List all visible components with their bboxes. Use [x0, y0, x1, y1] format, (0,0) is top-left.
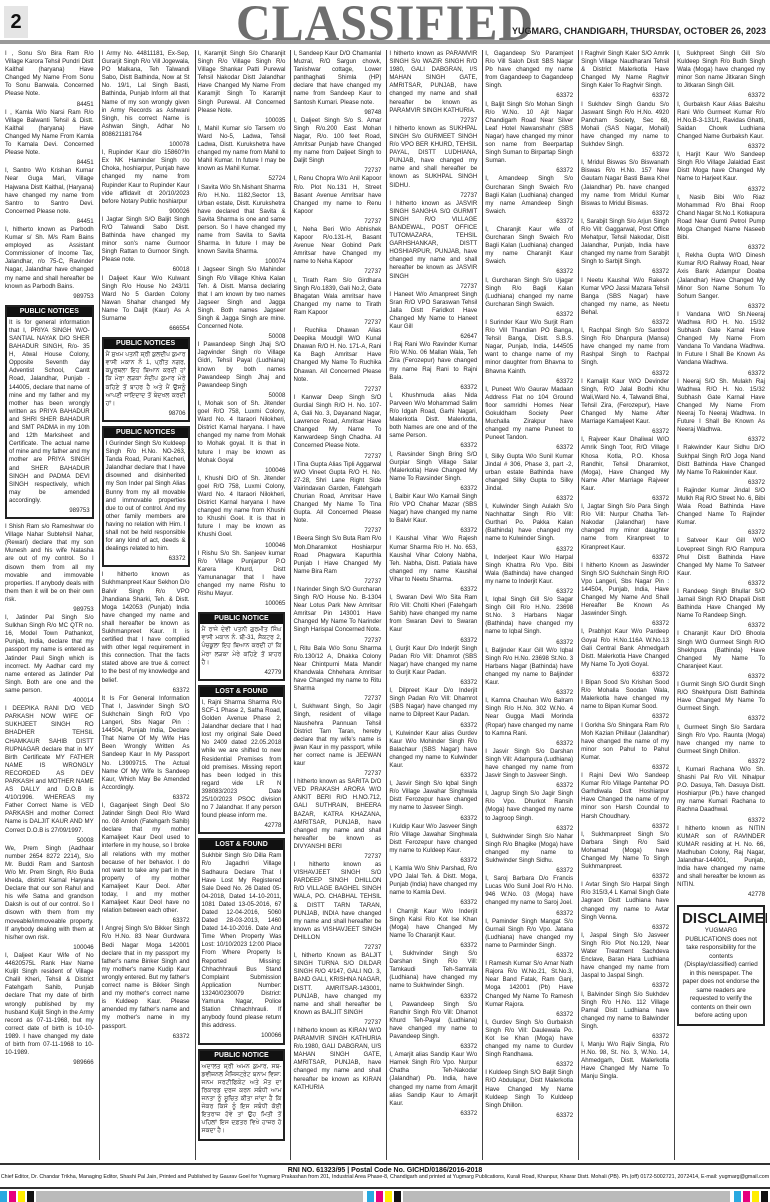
notice-code: 60018	[102, 266, 190, 274]
boxed-notice: LOST & FOUNDI, Rajni Sharma Sharma R/o S…	[198, 685, 286, 835]
notice-code: 63372	[677, 715, 765, 723]
notice-text: I Bipan Sood S/o Krishan Sood R/o Mohall…	[581, 679, 669, 711]
notice-code: 100046	[198, 542, 286, 550]
notice-text: I, Ritu Bala W/o Sonu Sharma R/o.130/12 …	[293, 645, 381, 694]
notice-text: I, Jagrup Singh S/o Jagir Singh R/o Vpo.…	[485, 790, 573, 822]
column-3: I, Karamjit Singh S/o Charanjit Singh R/…	[195, 50, 288, 1160]
notice-code: 100046	[5, 944, 94, 952]
notice-code: 72737	[389, 283, 477, 291]
notice-code: 63372	[677, 92, 765, 100]
color-swatch	[761, 1191, 768, 1202]
column-6: I, Gagandeep S/o Paramjeet R/o Vill Salo…	[482, 50, 575, 1160]
notice-code: 100066	[202, 1032, 282, 1040]
grey-strip	[403, 1191, 730, 1202]
notice-text: I hitherto known as Sukhmanpreet Kaur Se…	[102, 571, 190, 684]
notice-text: We, Prem Singh (Aadhaar number 2654 8272…	[5, 845, 94, 942]
notice-code: 52724	[198, 175, 286, 183]
masthead: 2 CLASSIFIED YUGMARG, CHANDIGARH, THURSD…	[0, 0, 770, 44]
notice-code: 72737	[293, 453, 381, 461]
notice-code: 63372	[581, 924, 669, 932]
notice-code: 63372	[485, 639, 573, 647]
color-swatch	[752, 1191, 759, 1202]
notice-code: 989753	[9, 507, 90, 515]
notice-code: 63372	[389, 772, 477, 780]
notice-code: 900026	[102, 208, 190, 216]
notice-text: I, Sukhpreet Singh Gill S/o Kuldeep Sing…	[677, 50, 765, 90]
notice-code: 63372	[389, 384, 477, 392]
color-swatch	[743, 1191, 750, 1202]
notice-code: 63372	[581, 495, 669, 503]
box-heading: PUBLIC NOTICES	[104, 428, 188, 438]
notice-text: I Army No. 44811181, Ex-Sep, Gurarjit Si…	[102, 50, 190, 139]
notice-text: I, Balbir Kaur W/o Karnail Singh R/o VPO…	[389, 493, 477, 525]
column-5: I hitherto known as PARAMVIR SINGH S/o W…	[386, 50, 479, 1160]
notice-code: 100065	[198, 600, 286, 608]
notice-text: I Charanjit Kaur D/O Bhoola Singh W/O Gu…	[677, 630, 765, 670]
notice-code: 72737	[293, 527, 381, 535]
notice-text: I, Amarjit alias Sandip Kaur W/o Hamek S…	[389, 1051, 477, 1108]
notice-code: 63372	[581, 823, 669, 831]
notice-code: 63372	[677, 186, 765, 194]
notice-code: 63372	[581, 982, 669, 990]
notice-text: I, Jagtar Singh S/o Para Singh R/o Vill:…	[581, 503, 669, 552]
notice-text: I hitherto known as SUKHPAL SINGH S/o GU…	[389, 125, 477, 190]
notice-code: 100046	[198, 467, 286, 475]
notice-text: I, Rekha Gupta W/O Dinesh Kumar R/O Rail…	[677, 252, 765, 301]
notice-code: 63372	[485, 546, 573, 554]
notice-code: 72737	[389, 192, 477, 200]
notice-code: 72737	[293, 853, 381, 861]
notice-text: I Savita W/o Sh.Nishant Sharma R/o H.No.…	[198, 184, 286, 257]
notice-code: 84451	[5, 101, 94, 109]
notice-code: 63372	[677, 143, 765, 151]
notice-code: 63372	[102, 687, 190, 695]
boxed-notice: PUBLIC NOTICEਅਦਾਲਤ ਸ਼੍ਰੀ ਅਮਨ ਕੁਮਾਰ, ਸਬ-ਡ…	[198, 1049, 286, 1142]
notice-text: I Randeep Singh Bhullar S/O Jarnail Sing…	[677, 588, 765, 620]
notice-text: I Jagseer Singh S/o Mahinder Singh R/o V…	[198, 266, 286, 331]
notice-text: I, Gagandeep S/o Paramjeet R/o Vill Salo…	[485, 50, 573, 90]
notice-text: I, Paminder Singh Mangat S/o Gurnail Sin…	[485, 918, 573, 950]
notice-code: 62647	[389, 333, 477, 341]
notice-text: I, Sukhvinder Singh S/o Darshan Singh R/…	[389, 950, 477, 990]
notice-code: 63372	[485, 782, 573, 790]
notice-text: ਅਦਾਲਤ ਸ਼੍ਰੀ ਅਮਨ ਕੁਮਾਰ, ਸਬ-ਡਵੀਜ਼ਨਲ ਮੈਜਿਸਟ…	[202, 1063, 282, 1136]
notice-code: 989753	[5, 606, 94, 614]
notice-code: 63372	[485, 92, 573, 100]
notice-code: 72737	[389, 117, 477, 125]
notice-text: I Surinder Kaur W/o Surjit Ram R/o Vill …	[485, 319, 573, 376]
notice-code: 84451	[5, 159, 94, 167]
notice-text: I Daljeet Kaur W/o Kulwant Singh R/o Hou…	[102, 275, 190, 324]
column-8: I, Sukhpreet Singh Gill S/o Kuldeep Sing…	[674, 50, 767, 1160]
notice-code: 63372	[106, 555, 186, 563]
box-heading: LOST & FOUND	[200, 840, 284, 850]
notice-text: I, Gurjit Kaur D/o Inderjit Singh Padan …	[389, 645, 477, 677]
classified-columns: I , Sonu S/o Bira Ram R/o Village Karora…	[3, 50, 767, 1160]
notice-code: 63372	[677, 622, 765, 630]
notice-code: 72737	[293, 770, 381, 778]
notice-code: 989666	[5, 1059, 94, 1067]
color-swatch	[27, 1191, 34, 1202]
notice-code: 63372	[581, 554, 669, 562]
notice-text: I, Gurdev Singh S/o Gurbaksh Singh R/o V…	[485, 1019, 573, 1059]
notice-text: I, hitherto known as Parbodh Kumar s/ Sh…	[5, 226, 94, 291]
notice-text: I, Puneet W/o Gaurav Madaan Address Flat…	[485, 386, 573, 443]
notice-text: I, Prabhjot Kaur W/o Pardeep Goyal R/o H…	[581, 628, 669, 668]
notice-code: 63372	[581, 713, 669, 721]
box-heading: LOST & FOUND	[200, 687, 284, 697]
notice-text: I, Kulwinder Singh Aulakh S/o Nachhattar…	[485, 503, 573, 543]
notice-code: 63372	[581, 319, 669, 327]
notice-code: 63372	[389, 442, 477, 450]
notice-text: I hitherto known as JASVIR SINGH SANGHA …	[389, 200, 477, 281]
notice-code: 63372	[102, 1033, 190, 1041]
notice-text: I Shish Ram s/o Rameshwar r/o Village Na…	[5, 523, 94, 604]
notice-text: I Kaushal Vihar W/o Rajesh Kumar Sharma …	[389, 535, 477, 584]
notice-text: I, Sarabjit Singh S/o Arjun Singh R/o Vi…	[581, 218, 669, 267]
notice-text: I, Rajveer Kaur Dhaliwal W/O Amrik Singh…	[581, 436, 669, 493]
notice-text: I, Baljinder Kaur Gill W/o Iqbal Singh R…	[485, 647, 573, 687]
notice-code: 72737	[293, 637, 381, 645]
notice-code: 63372	[581, 764, 669, 772]
notice-text: I Narinder Singh S/O Gurcharan Singh R/O…	[293, 586, 381, 635]
notice-code: 63372	[485, 1061, 573, 1069]
notice-text: I hitherto known as VISHAVJEET SINGH S/O…	[293, 861, 381, 942]
box-heading: PUBLIC NOTICE	[200, 1051, 284, 1061]
print-registration-bar	[0, 1191, 770, 1202]
notice-code: 63372	[485, 952, 573, 960]
notice-text: I, Sukhwant Singh, So Jagir Singh, resid…	[293, 703, 381, 768]
notice-text: I, Jaspal Singh S/o Jasveer Singh R/o Pl…	[581, 932, 669, 981]
notice-code: 63372	[102, 917, 190, 925]
notice-code: 63372	[389, 857, 477, 865]
notice-text: I hitherto Known as Jaswinder Singh S/O …	[581, 562, 669, 619]
notice-code: 72737	[293, 218, 381, 226]
notice-code: 63372	[677, 529, 765, 537]
notice-code: 989753	[5, 293, 94, 301]
notice-text: I, Mahil Kumar s/o Tarsem r/o Ward No-5,…	[198, 125, 286, 174]
notice-code: 63372	[485, 588, 573, 596]
notice-code: 63372	[102, 794, 190, 802]
notice-text: I hitherto known as PARAMVIR SINGH S/o W…	[389, 50, 477, 115]
notice-text: I, Jatinder Pal Singh S/o Sulkhan Singh …	[5, 614, 94, 695]
notice-text: I Ramesh Kumar S/o Amar Nath Rajora R/o …	[485, 960, 573, 1009]
notice-code: 63372	[677, 673, 765, 681]
color-swatch	[0, 1191, 7, 1202]
disclaimer-text: YUGMARG PUBLICATIONS does not take respo…	[682, 927, 760, 1021]
notice-code: 63372	[485, 495, 573, 503]
notice-text: I Tina Gupta Alias Tipli Aggarwal W/O Vi…	[293, 461, 381, 526]
notice-text: I, Kamla W/o Shiv Parshad, R/o VPO Jalal…	[389, 865, 477, 897]
column-7: I Raghvir Singh Kaler S/O Amrik Singh Vi…	[578, 50, 671, 1160]
notice-text: I Angrej Singh S/o Bikker Singh R/o H.No…	[102, 925, 190, 1030]
notice-code: 50008	[5, 837, 94, 845]
notice-code: 63372	[389, 815, 477, 823]
notice-text: I, Tirath Ram S/o Girdhara Singh R/o.183…	[293, 277, 381, 317]
notice-text: I Rajni Devi W/o Sandeep Kumar R/o Villa…	[581, 772, 669, 821]
notice-code: 63372	[389, 722, 477, 730]
notice-text: I hitherto known as KIRAN W/O PARAMVIR S…	[293, 1027, 381, 1092]
column-1: I , Sonu S/o Bira Ram R/o Village Karora…	[3, 50, 96, 1160]
notice-text: I Kanwar Deep Singh S/O Gurdial Singh R/…	[293, 394, 381, 451]
color-swatch	[394, 1191, 401, 1202]
notice-code: 63372	[389, 586, 477, 594]
boxed-notice: PUBLIC NOTICEਮੈਂ ਰਾਜੇ ਦੇਵੀ ਪਤਨੀ ਗੁਰਮੀਤ ਸ…	[198, 612, 286, 681]
notice-text: I, Karamjit Singh S/o Charanjit Singh R/…	[198, 50, 286, 115]
notice-text: I, Iqbal Singh Gill S/o Sagar Singh Gill…	[485, 596, 573, 636]
notice-text: I, Gaganjeet Singh Deol S/o Jatinder Sin…	[102, 802, 190, 915]
boxed-notice: PUBLIC NOTICESਮੈਂ ਸੁਖਮ ਪਤਨੀ ਸ਼੍ਰੀ ਕੁਲਦੀਪ…	[102, 337, 190, 422]
notice-code: 50008	[198, 333, 286, 341]
notice-code: 72737	[293, 695, 381, 703]
notice-code: 63372	[677, 244, 765, 252]
notice-text: I, Sukhwinder Singh S/o Nahar Singh R/o …	[485, 833, 573, 865]
notice-text: I, Rajni Sharma Sharma R/o SCF-1 Phase 2…	[202, 699, 282, 820]
notice-text: I, Sukhmanpreet Singh S/o Darbara Singh …	[581, 831, 669, 871]
notice-text: I Kuldeep Singh S/O Baljit Singh R/O Abd…	[485, 1069, 573, 1109]
notice-code: 63372	[485, 689, 573, 697]
notice-text: I hitherto known as NITIN KUMAR son of R…	[677, 825, 765, 890]
notice-code: 63372	[389, 993, 477, 1001]
notice-code: 100074	[198, 258, 286, 266]
notice-code: 63372	[485, 1112, 573, 1120]
notice-text: I Kamaljit Kaur W/O Devinder Singh, R/O …	[581, 378, 669, 427]
notice-code: 63372	[389, 942, 477, 950]
notice-text: I DEEPIKA RANI D/O VED PARKASH NOW WIFE …	[5, 705, 94, 835]
notice-text: I Charnjit Kaur W/o Inderjit Singh Kalsi…	[389, 908, 477, 940]
notice-text: I, Khushi D/O of Sh. Jitender goel R/O 7…	[198, 475, 286, 540]
notice-code: 63372	[581, 873, 669, 881]
notice-text: I, Amandeep Singh S/o Gurcharan Singh Sw…	[485, 175, 573, 215]
notice-text: I, Jasvir Singh S/o Iqbal Singh R/o Vill…	[389, 780, 477, 812]
column-4: I, Sandeep Kaur D/O Chamanlal Muzral, R/…	[290, 50, 383, 1160]
rni-line: RNI NO. 61323/95 | Postal Code No. GICHD…	[0, 1167, 770, 1174]
notice-text: I, Nasib Bibi W/o Riaz Mohammad R/o Bhai…	[677, 194, 765, 243]
notice-code: 72737	[293, 319, 381, 327]
masthead-rule	[0, 40, 770, 44]
notice-text: I, Rachpal Singh S/o Sardool Singh R/o D…	[581, 327, 669, 367]
notice-code: 63372	[677, 479, 765, 487]
disclaimer-box: DISCLAIMERYUGMARG PUBLICATIONS does not …	[677, 905, 765, 1026]
notice-code: 98748	[293, 109, 381, 117]
notice-text: I Kuldip Kaur W/o Jasveer Singh R/o Vill…	[389, 823, 477, 855]
notice-text: I, Harjit Kaur W/o Sandeep Singh R/o Vil…	[677, 151, 765, 183]
notice-code: 63372	[581, 210, 669, 218]
notice-code: 63372	[389, 485, 477, 493]
color-swatch	[385, 1191, 392, 1202]
notice-code: 63372	[389, 899, 477, 907]
notice-text: I, Daljeet Singh S/o S. Amar Singh R/o.2…	[293, 117, 381, 166]
notice-text: I, Pawandeep Singh S/o Randhir Singh R/o…	[389, 1001, 477, 1041]
notice-code: 63372	[581, 671, 669, 679]
notice-code: 63372	[485, 167, 573, 175]
notice-text: I, Kumari Rachana W/o Sh. Shashi Pal R/o…	[677, 766, 765, 815]
notice-text: I Gorkha S/o Shingara Ram R/o Moh Kazian…	[581, 722, 669, 762]
notice-text: I Raghvir Singh Kaler S/O Amrik Singh Vi…	[581, 50, 669, 90]
notice-text: I Neeraj S/O Sh. Mulakh Raj Wadhwa R/O H…	[677, 378, 765, 435]
color-swatch	[9, 1191, 16, 1202]
notice-text: I Pawandeep Singh Jhaj S/O Jagwinder Sin…	[198, 341, 286, 390]
notice-code: 63372	[677, 758, 765, 766]
notice-code: 63372	[389, 1043, 477, 1051]
notice-code: 63372	[389, 527, 477, 535]
notice-text: I, Ravsinder Singh Bring S/O Gurpiar Sin…	[389, 451, 477, 483]
notice-text: Sukhbir Singh S/o Dilla Ram R/o Jagadhri…	[202, 852, 282, 1030]
notice-text: It is for general information that I, PR…	[9, 319, 90, 505]
notice-code: 72737	[293, 1019, 381, 1027]
notice-text: I, Manju W/o Rajiv Singla, R/o H.No. 98,…	[581, 1041, 669, 1081]
credits-line: Chief Editor, Dr. Chandar Trikha, Managi…	[0, 1174, 770, 1180]
notice-code: 63372	[485, 444, 573, 452]
notice-code: 63372	[677, 370, 765, 378]
notice-code: 42778	[202, 822, 282, 830]
box-heading: PUBLIC NOTICES	[104, 339, 188, 349]
notice-text: I, Kulwinder Kaur alias Gurdev Kaur W/o …	[389, 730, 477, 770]
notice-code: 63372	[677, 436, 765, 444]
notice-text: I, Khushmuda alias Nida Parveen W/o Moha…	[389, 392, 477, 441]
notice-code: 63372	[677, 303, 765, 311]
notice-code: 63372	[389, 637, 477, 645]
notice-text: I Gurmit Singh S/O Gurdit Singh R/O Shek…	[677, 681, 765, 713]
notice-text: I Avtar Singh S/o Harpal Singh R/o 315/3…	[581, 881, 669, 921]
notice-text: I Rishu S/o Sh. Sanjeev kumar R/o Villag…	[198, 550, 286, 599]
notice-text: I , Sonu S/o Bira Ram R/o Village Karora…	[5, 50, 94, 99]
notice-text: I, Gurcharan Singh S/o Ujagar Singh R/o …	[485, 277, 573, 309]
notice-text: I Ruchika Dhawan Alias Deepika Moudgil W…	[293, 327, 381, 384]
notice-code: 63372	[485, 825, 573, 833]
notice-code: 72737	[293, 167, 381, 175]
notice-text: I, Sandeep Kaur D/O Chamanlal Muzral, R/…	[293, 50, 381, 107]
notice-code: 63372	[581, 428, 669, 436]
notice-text: I, Gurmeet Singh S/o Sardara Singh R/o V…	[677, 724, 765, 756]
notice-text: I Jasvir Singh S/o Darshan Singh Vill: A…	[485, 748, 573, 780]
notice-code: 63372	[485, 1011, 573, 1019]
notice-text: I, Dilpreet Kaur D/o Inderjit Singh Pada…	[389, 687, 477, 719]
notice-code: 72737	[293, 386, 381, 394]
notice-code: 63372	[677, 580, 765, 588]
notice-code: 63372	[677, 817, 765, 825]
notice-text: I, hitherto Known as BALJIT SINGH TURNA …	[293, 952, 381, 1017]
notice-code: 666554	[102, 325, 190, 333]
notice-code: 72737	[293, 268, 381, 276]
notice-text: ਮੈਂ ਰਾਜੇ ਦੇਵੀ ਪਤਨੀ ਗੁਰਮੀਤ ਸਿੰਘ ਵਾਸੀ ਮਕਾਨ…	[202, 626, 282, 666]
notice-code: 63372	[581, 151, 669, 159]
box-heading: PUBLIC NOTICE	[200, 614, 284, 624]
notice-text: I Neetu Kaushal W/o Rakesh Kumar VPO Jas…	[581, 277, 669, 317]
notice-code: 63372	[581, 620, 669, 628]
notice-text: I Jagtar Singh S/O Baljit Singh R/O Talw…	[102, 216, 190, 265]
notice-text: I, Swaran Devi W/o Sita Ram R/o Vill: Ch…	[389, 594, 477, 634]
notice-text: I, Saroj Barbara D/o Francis Lucas W/o S…	[485, 875, 573, 907]
boxed-notice: LOST & FOUNDSukhbir Singh S/o Dilla Ram …	[198, 838, 286, 1044]
notice-text: I, Daljeet Kaur Wife of No 44620575L Ran…	[5, 952, 94, 1057]
color-swatch	[734, 1191, 741, 1202]
notice-text: I Vandana W/O Sh.Neeraj Wadhwa R/O H. No…	[677, 311, 765, 368]
box-heading: PUBLIC NOTICES	[7, 307, 92, 317]
notice-text: I Haneet W/o Amanpreet Singh Sran R/O VP…	[389, 291, 477, 331]
notice-code: 63372	[581, 92, 669, 100]
notice-code: 63372	[485, 268, 573, 276]
notice-code: 42778	[677, 891, 765, 899]
color-swatch	[367, 1191, 374, 1202]
notice-text: I, Baljit Singh S/o Mohan Singh R/o W.No…	[485, 101, 573, 166]
notice-text: I Raj Rani W/o Ravinder Kumar R/o W.No. …	[389, 341, 477, 381]
boxed-notice: PUBLIC NOTICESI Gurinder Singh S/o Kulde…	[102, 426, 190, 567]
notice-text: I hitherto known as SARITA D/O VED PRAKA…	[293, 778, 381, 851]
notice-code: 63372	[485, 311, 573, 319]
notice-code: 72737	[293, 944, 381, 952]
footer: RNI NO. 61323/95 | Postal Code No. GICHD…	[0, 1163, 770, 1189]
color-swatch	[376, 1191, 383, 1202]
dateline: YUGMARG, CHANDIGARH, THURSDAY, OCTOBER 2…	[512, 26, 766, 36]
notice-text: I Sukhdev Singh Gandu S/o Jaswant Singh …	[581, 101, 669, 150]
notice-code: 63372	[485, 740, 573, 748]
notice-code: 84451	[5, 218, 94, 226]
notice-code: 63372	[389, 679, 477, 687]
notice-text: I Rajinder Kumar Jindal S/O Mulkh Raj R/…	[677, 487, 765, 527]
notice-text: I Satveer Kaur Gill W/O Lovepreet Singh …	[677, 537, 765, 577]
notice-code: 400014	[5, 697, 94, 705]
notice-text: It Is For General Information That I, Ja…	[102, 695, 190, 792]
notice-code: 50008	[198, 392, 286, 400]
notice-code: 100035	[198, 117, 286, 125]
notice-text: I, Santro W/o Krishan Kumar Near Guga Ma…	[5, 167, 94, 216]
notice-code: 63372	[389, 1110, 477, 1118]
disclaimer-title: DISCLAIMER	[682, 910, 760, 927]
notice-code: 63372	[485, 378, 573, 386]
notice-code: 63372	[485, 218, 573, 226]
notice-text: I Beera Singh S/o Buta Ram R/o Moh.Dhara…	[293, 535, 381, 575]
notice-text: I, Mohak son of Sh. Jitender goel R/O 75…	[198, 400, 286, 465]
notice-code: 63372	[581, 1033, 669, 1041]
notice-text: I, Charanjit Kaur wife of Gurcharan Sing…	[485, 226, 573, 266]
notice-code: 63372	[581, 370, 669, 378]
notice-code: 72737	[293, 578, 381, 586]
notice-code: 63372	[581, 268, 669, 276]
notice-text: I, Balvinder Singh S/o Sukhdev Singh R/o…	[581, 991, 669, 1031]
notice-text: I, Inderjeet Kaur W/o Harpal Singh Khatt…	[485, 554, 573, 586]
notice-text: I, Mridul Biswas S/o Biswanath Biswas R/…	[581, 159, 669, 208]
boxed-notice: PUBLIC NOTICESIt is for general informat…	[5, 305, 94, 519]
notice-text: I, Kamna Chauhan W/o Balram Singh R/o H.…	[485, 697, 573, 737]
notice-text: ਮੈਂ ਸੁਖਮ ਪਤਨੀ ਸ਼੍ਰੀ ਕੁਲਦੀਪ ਕੁਮਾਰ ਵਾਸੀ ਮਕ…	[106, 351, 186, 408]
notice-text: I , Kamla W/o Narsi Ram R/o Village Balw…	[5, 109, 94, 158]
notice-text: I, Silky Gupta W/o Sunil Kumar Jindal # …	[485, 453, 573, 493]
grey-strip	[36, 1191, 363, 1202]
notice-code: 98706	[106, 410, 186, 418]
notice-text: I, Gurbaksh Kaur Alias Bakshu Rani W/o G…	[677, 101, 765, 141]
notice-text: I, Rupinder Kaur d/o 15860?In Ex NK Hami…	[102, 149, 190, 206]
column-2: I Army No. 44811181, Ex-Sep, Gurarjit Si…	[99, 50, 192, 1160]
notice-code: 42779	[202, 669, 282, 677]
notice-text: I, Renu Chopra W/o Anil Kapoor R/o. Plot…	[293, 175, 381, 215]
notice-text: I, Neha Beri W/o Abhishek Kapoor R/o.131…	[293, 226, 381, 266]
notice-text: I Gurinder Singh S/o Kuldeep Singh R/o H…	[106, 440, 186, 553]
color-swatch	[18, 1191, 25, 1202]
notice-code: 63372	[485, 867, 573, 875]
notice-code: 100078	[102, 141, 190, 149]
notice-code: 63372	[485, 910, 573, 918]
notice-text: I Rakwinder Kaur Sidhu D/O Sukhpal Singh…	[677, 444, 765, 476]
